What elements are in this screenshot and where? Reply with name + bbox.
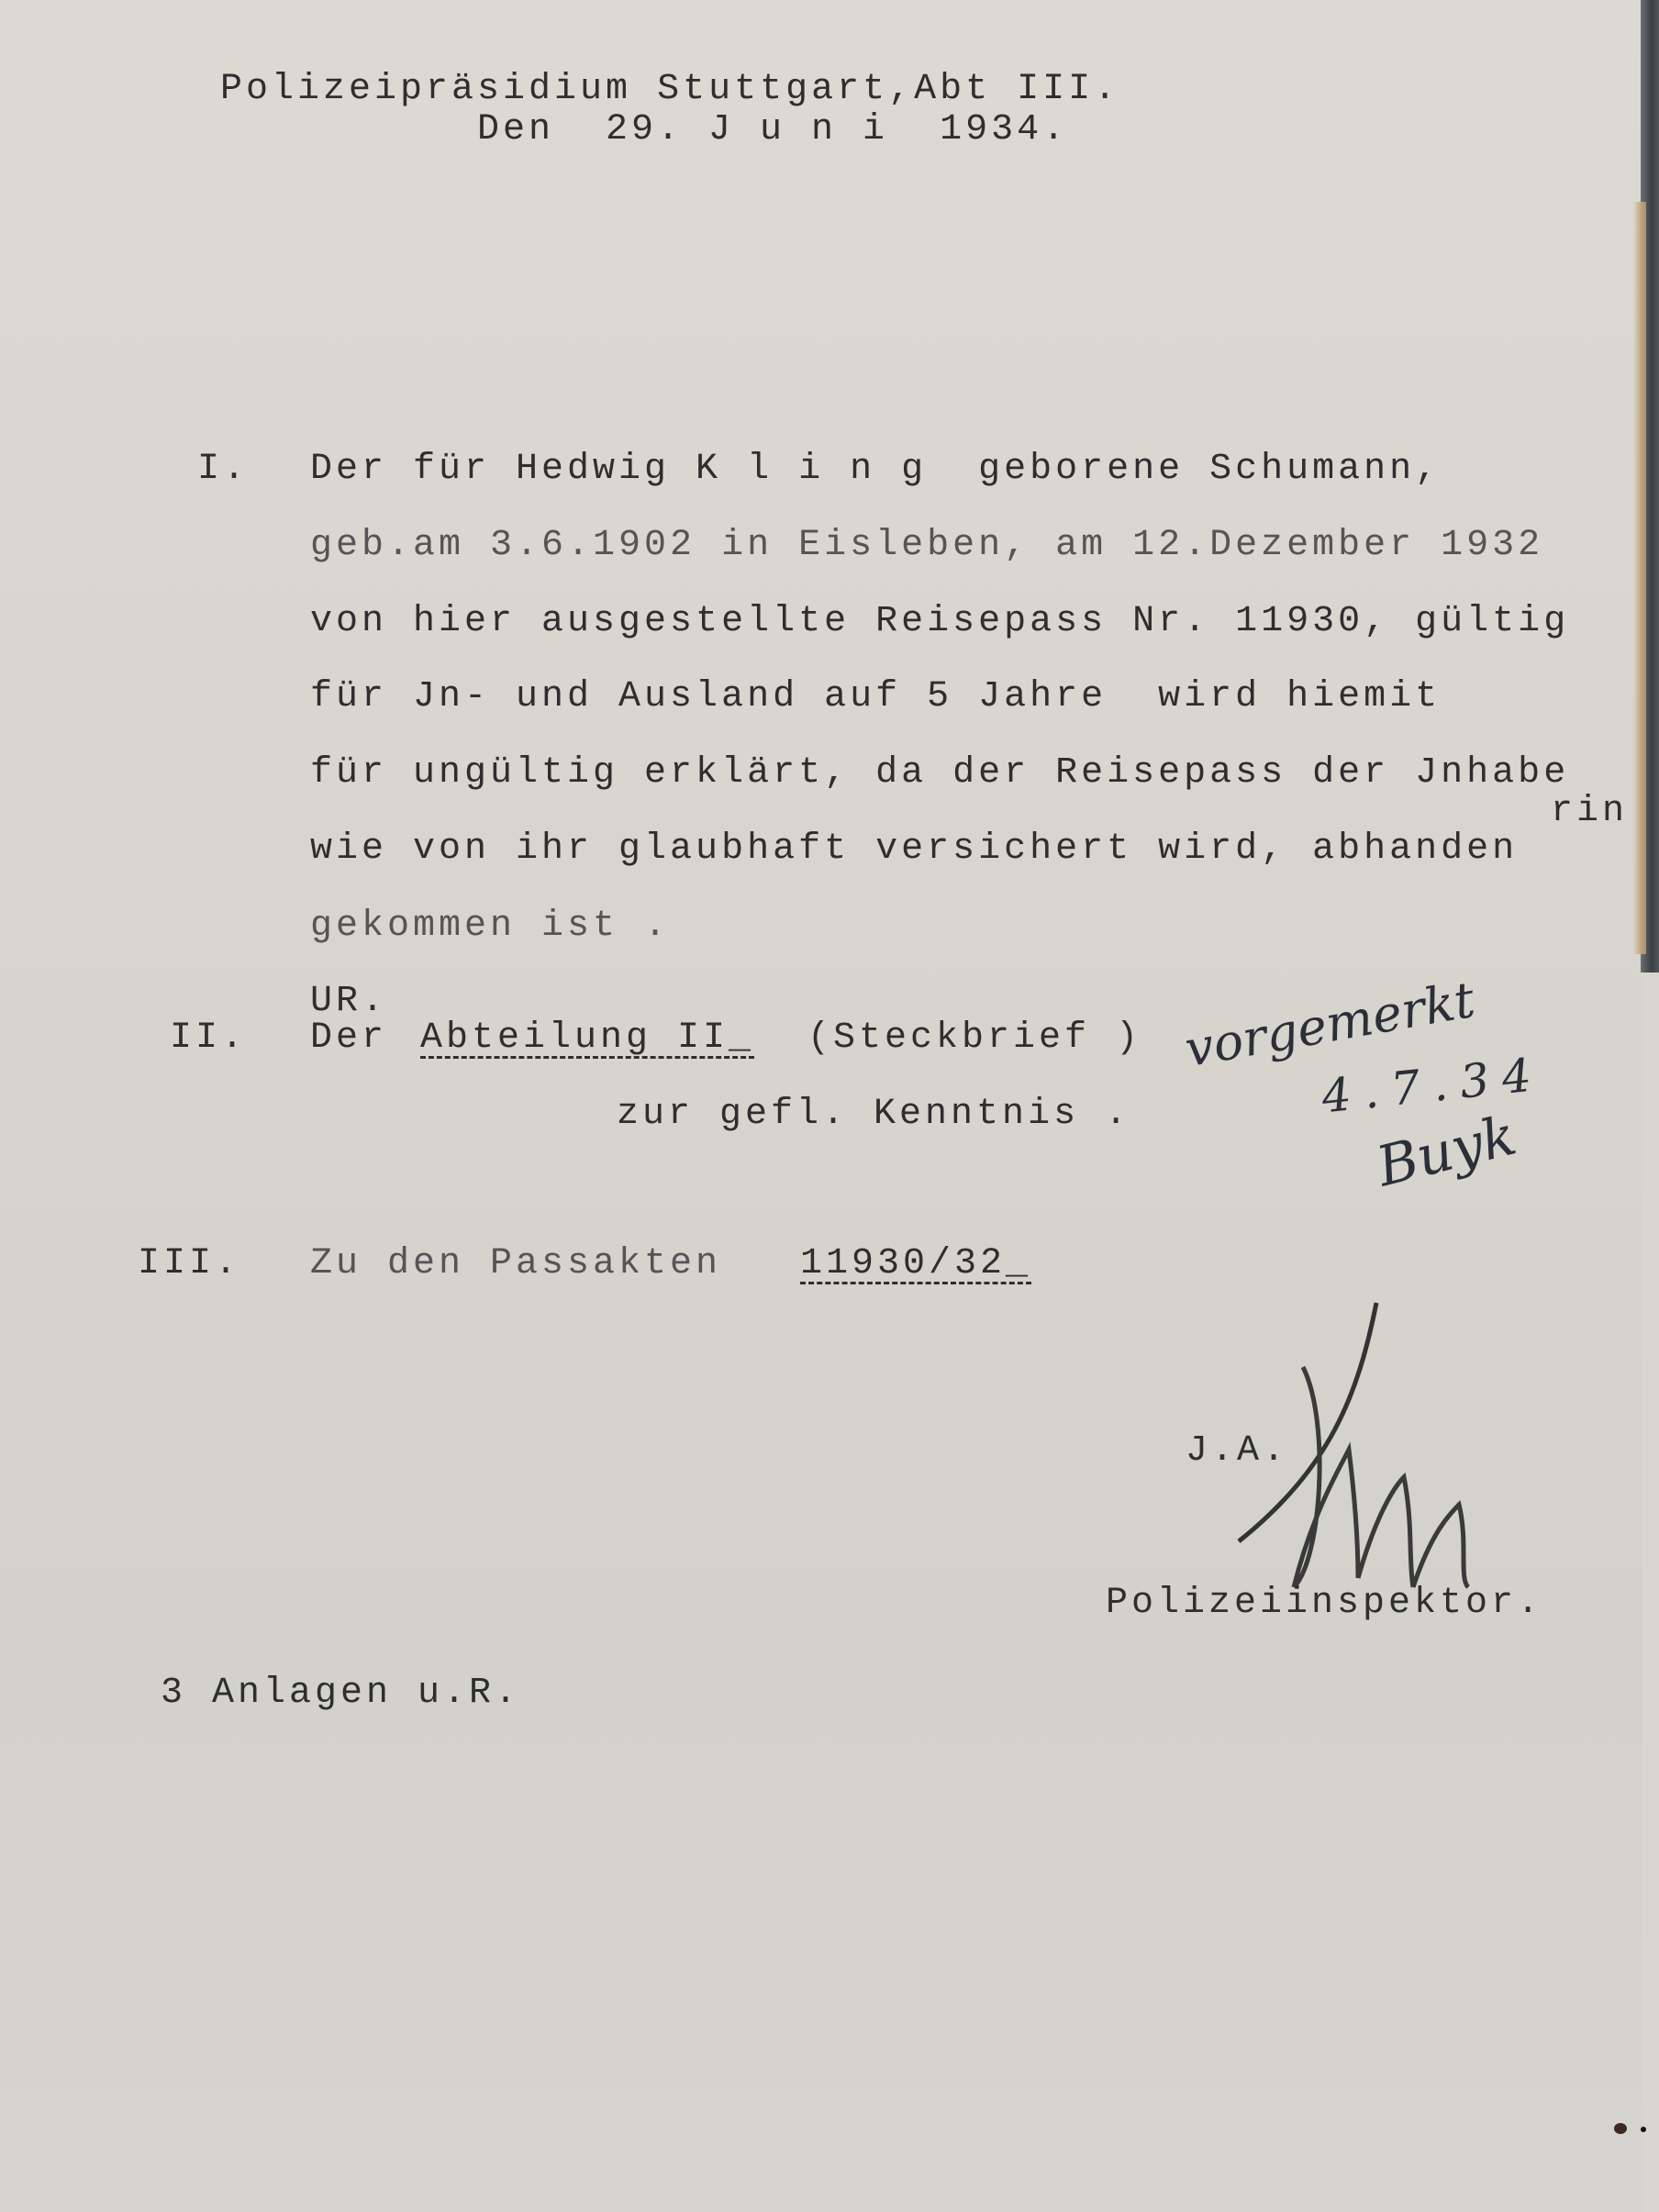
section-1-line-4: für Jn- und Ausland auf 5 Jahre wird hie… (310, 679, 1441, 716)
section-1-line-2: geb.am 3.6.1902 in Eisleben, am 12.Dezem… (310, 528, 1543, 564)
section-1-line-7: gekommen ist . (310, 908, 670, 945)
signature-scribble (1220, 1284, 1551, 1615)
paper-speck (1641, 2127, 1646, 2132)
section-1-overflow-suffix: rin (1551, 794, 1628, 830)
section-2-note: (Steckbrief ) (807, 1020, 1141, 1057)
document-date: Den 29. J u n i 1934. (477, 112, 1068, 149)
section-1-line-1: Der für Hedwig K l i n g geborene Schuma… (310, 451, 1441, 488)
section-2-prefix-ur: UR. (310, 984, 387, 1020)
authority-heading: Polizeipräsidium Stuttgart,Abt III. (220, 72, 1119, 108)
signature-title: Polizeiinspektor. (1106, 1585, 1542, 1622)
paper-torn-edge (1633, 202, 1646, 954)
section-1-line-5: für ungültig erklärt, da der Reisepass d… (310, 755, 1569, 792)
section-1-numeral: I. (197, 451, 249, 488)
section-1-line-6: wie von ihr glaubhaft versichert wird, a… (310, 831, 1518, 868)
section-2-line-2: zur gefl. Kenntnis . (617, 1096, 1130, 1133)
section-2-numeral: II. (170, 1020, 247, 1057)
section-2-department: Abteilung II_ (420, 1020, 754, 1057)
section-3-numeral: III. (138, 1246, 240, 1283)
passakten-file-number: 11930/32_ (800, 1246, 1031, 1283)
paper-speck (1614, 2123, 1627, 2134)
section-3-text: Zu den Passakten (310, 1246, 721, 1283)
section-1-line-3: von hier ausgestellte Reisepass Nr. 1193… (310, 604, 1569, 640)
section-2-der: Der (310, 1020, 387, 1057)
enclosures-note: 3 Anlagen u.R. (161, 1675, 520, 1712)
